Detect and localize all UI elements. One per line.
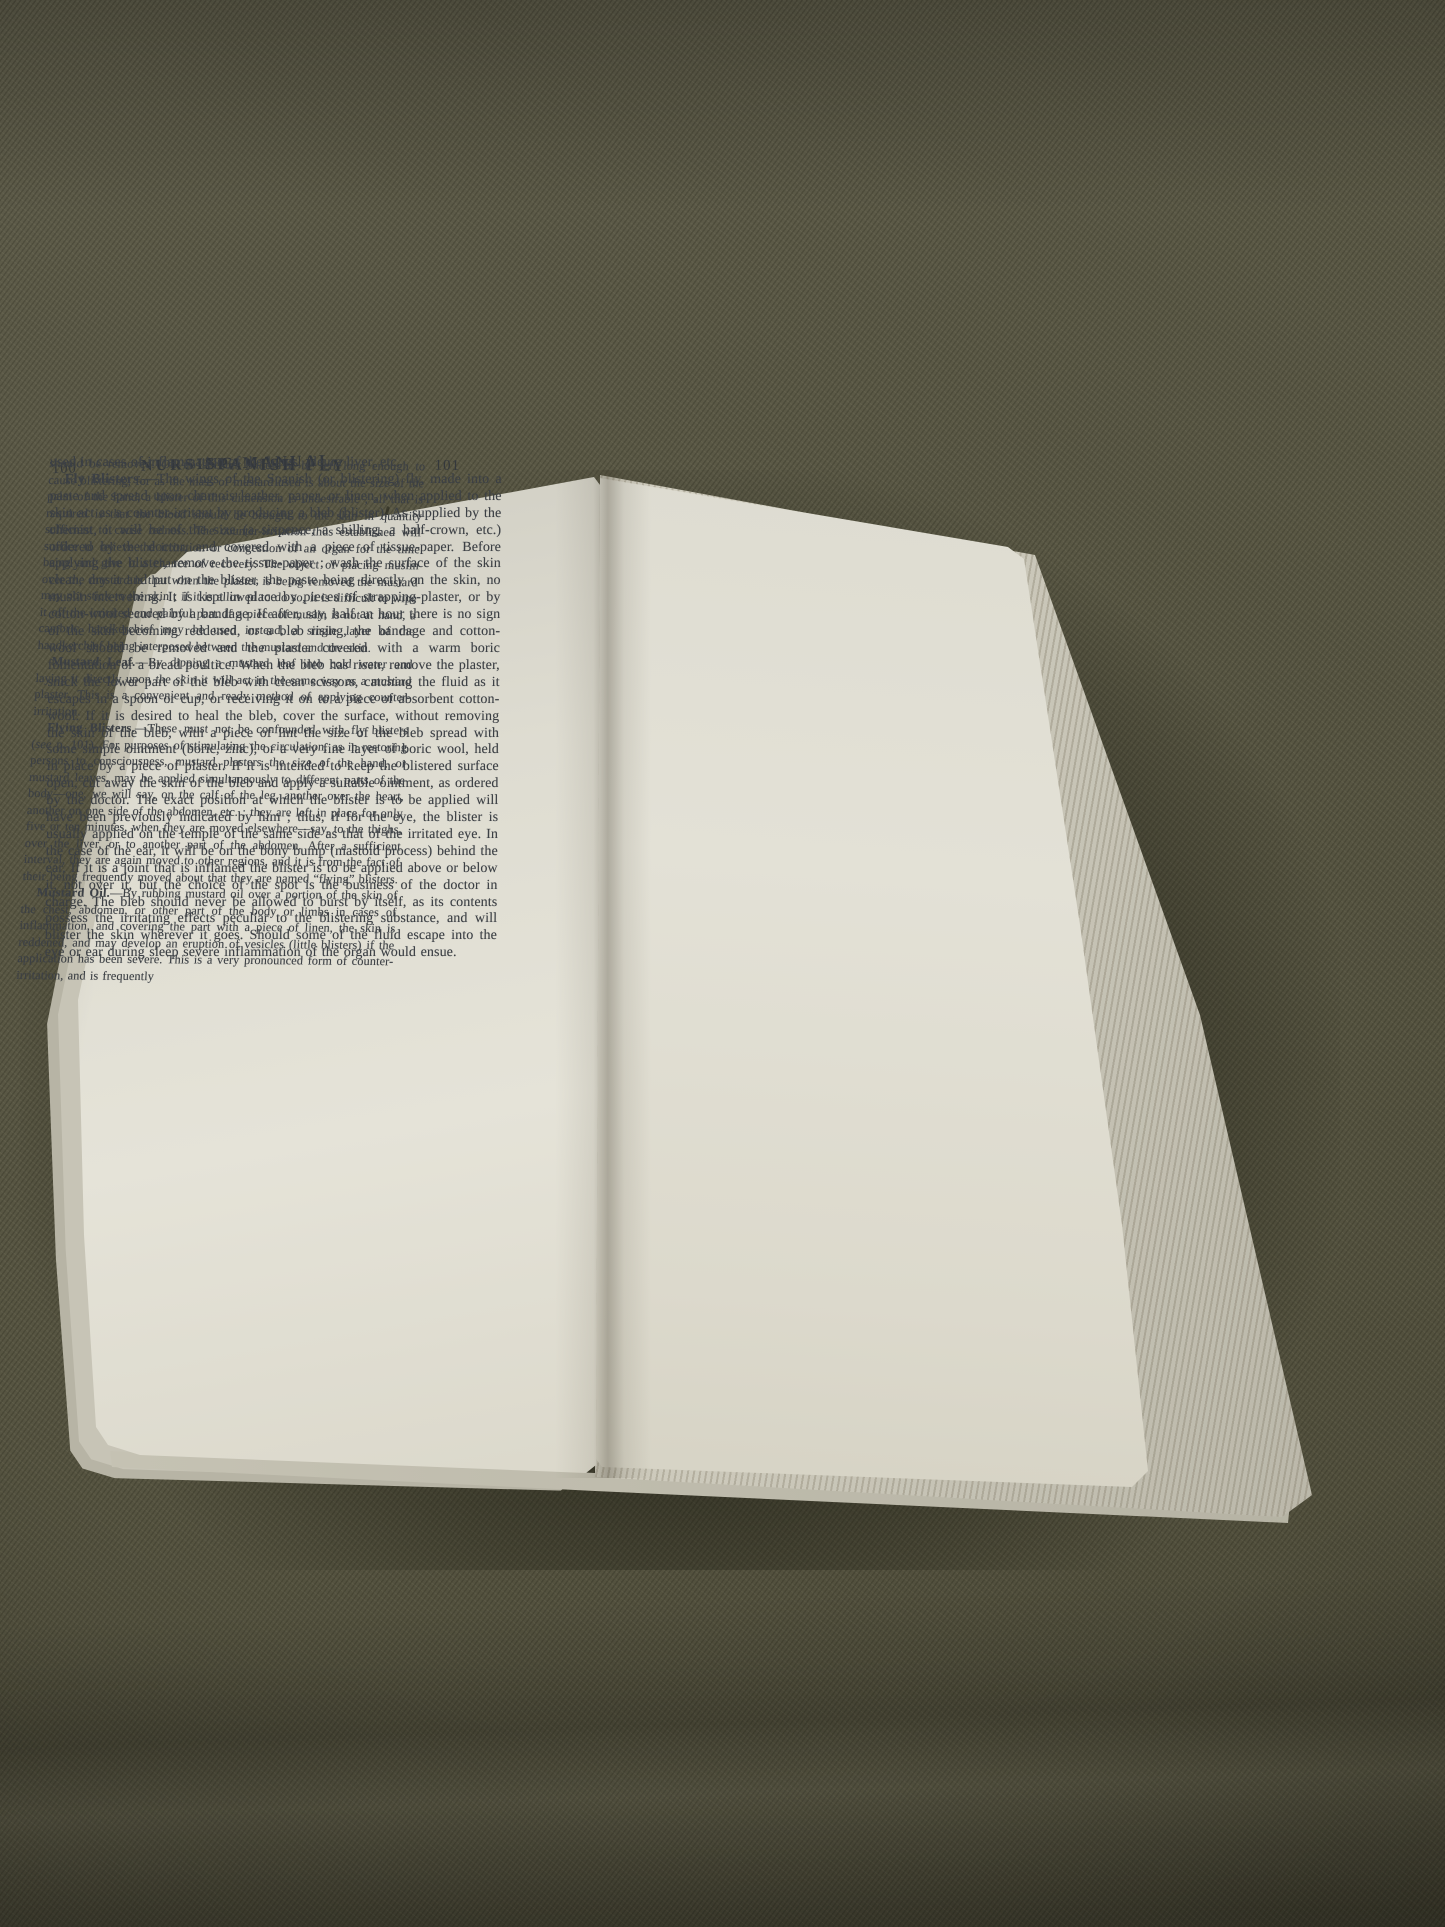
paragraph-lead: Fly Blisters.: [65, 472, 143, 487]
paragraph: used in cases of inflammation of the lun…: [50, 455, 502, 472]
right-page-text: used in cases of inflammation of the lun…: [39, 455, 502, 1545]
text-run: used in cases of inflammation of the lun…: [50, 455, 401, 470]
fabric-crease: [0, 1560, 1445, 1927]
gutter-shadow: [555, 470, 651, 1478]
open-book: 100 NURSING MANUAL should be removed. On…: [50, 455, 1400, 1545]
text-run: —The wings of the Spanish (or blistering…: [45, 472, 502, 960]
paragraph: Fly Blisters.—The wings of the Spanish (…: [45, 472, 502, 962]
